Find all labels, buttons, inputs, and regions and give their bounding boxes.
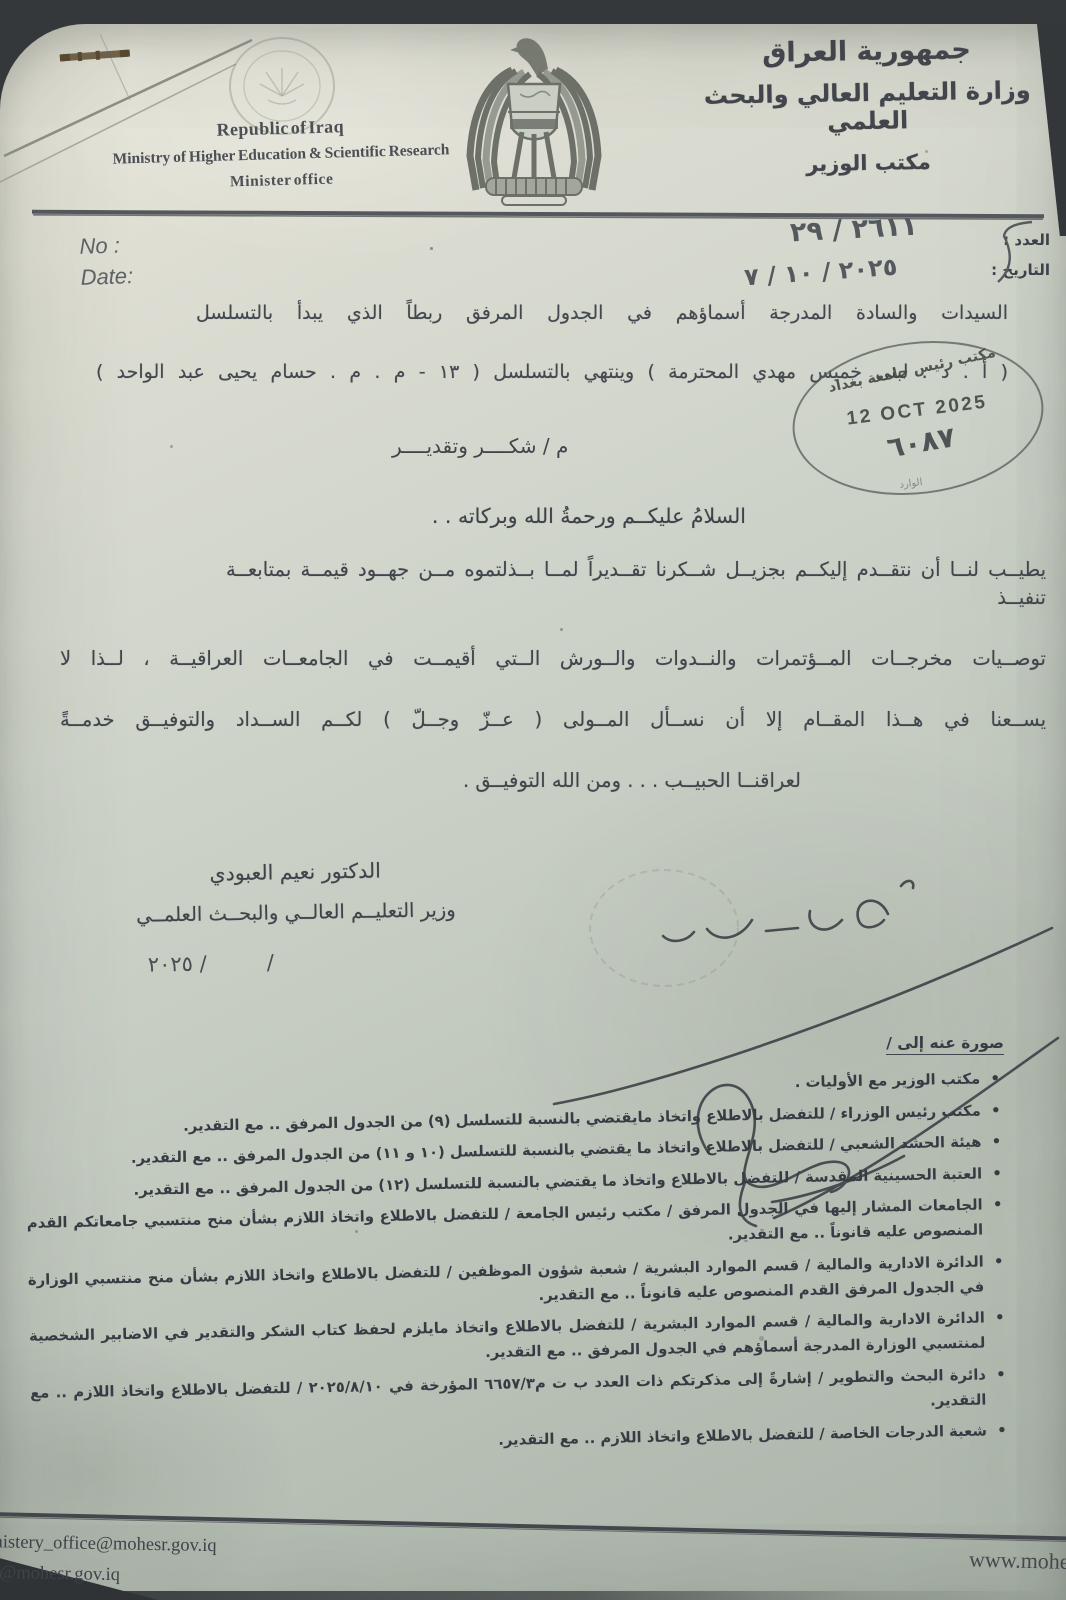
body-line-3: يســعنا في هــذا المقــام إلا أن نســأل …	[60, 706, 1046, 734]
header-ar-country: جمهورية العراق	[694, 33, 1039, 70]
body-line-2: توصــيات مخرجــات المــؤتمرات والنــدوات…	[60, 645, 1046, 673]
bullet-icon: •	[980, 1066, 1010, 1092]
bullet-icon: •	[981, 1129, 1011, 1155]
header-ar-ministry: وزارة التعليم العالي والبحث العلمي	[695, 76, 1041, 138]
cc-heading: صورة عنه إلى /	[886, 1034, 1004, 1055]
minister-title: وزير التعليــم العالــي والبحــث العلمــ…	[105, 898, 487, 928]
salutation: السلامُ عليكــم ورحمةُ الله وبركاته . .	[432, 504, 746, 528]
backdrop-edge-bottom	[0, 1591, 1066, 1600]
cc-item-text: الدائرة الادارية والمالية / قسم الموارد …	[28, 1249, 985, 1317]
signature-block: الدكتور نعيم العبودي وزير التعليــم العا…	[104, 857, 488, 978]
bullet-icon: •	[982, 1160, 1012, 1186]
bullet-icon: •	[987, 1418, 1017, 1444]
footer-email-1: ministery_office@mohesr.gov.iq	[0, 1532, 217, 1557]
cc-list: • مكتب الوزير مع الأوليات . • مكتب رئيس …	[24, 1066, 1017, 1468]
received-stamp: مكتب رئيس جامعة بغداد 12 OCT 2025 ٦٠٨٧ ا…	[784, 327, 1053, 509]
scan-specks	[430, 247, 433, 250]
ref-labels-english: No : Date:	[79, 229, 134, 293]
header-en-ministry: Ministry of Higher Education & Scientifi…	[55, 140, 507, 171]
body-line-4: لعراقنــا الحبيــب . . . ومن الله التوفي…	[211, 767, 801, 795]
cc-item-text: الدائرة الادارية والمالية / قسم الموارد …	[29, 1306, 986, 1374]
header-arabic: جمهورية العراق وزارة التعليم العالي والب…	[694, 33, 1041, 178]
scanned-letter-photo: Republic of Iraq Ministry of Higher Educ…	[0, 0, 1066, 1600]
bullet-icon: •	[981, 1097, 1011, 1123]
bullet-icon: •	[984, 1248, 1015, 1299]
staple-icon	[60, 49, 130, 63]
cc-item-text: الجامعات المشار إليها في الجدول المرفق /…	[27, 1193, 984, 1261]
body-line-1: يطيــب لنــا أن نتقــدم إليكــم بجزيــل …	[226, 556, 1046, 612]
bullet-icon: •	[985, 1305, 1016, 1356]
subject-reference-line: م / شكــــر وتقديــــر	[392, 434, 568, 458]
footer-email-2: n@mohesr.gov.iq	[0, 1563, 120, 1586]
handwriting-bracket-stroke	[986, 216, 1046, 286]
footer-website: www.mohesr.	[969, 1547, 1066, 1576]
ref-date-label-en: Date:	[80, 260, 134, 293]
ref-no-label-en: No :	[79, 229, 133, 262]
body-paragraph: يطيــب لنــا أن نتقــدم إليكــم بجزيــل …	[50, 556, 1046, 828]
bullet-icon: •	[982, 1192, 1013, 1243]
bullet-icon: •	[986, 1361, 1017, 1412]
cc-item-text: دائرة البحث والتطوير / إشارةً إلى مذكرتك…	[30, 1362, 987, 1430]
header-english: Republic of Iraq Ministry of Higher Educ…	[54, 112, 508, 197]
subject-line-1: السيدات والسادة المدرجة أسماؤهم في الجدو…	[196, 300, 1008, 326]
